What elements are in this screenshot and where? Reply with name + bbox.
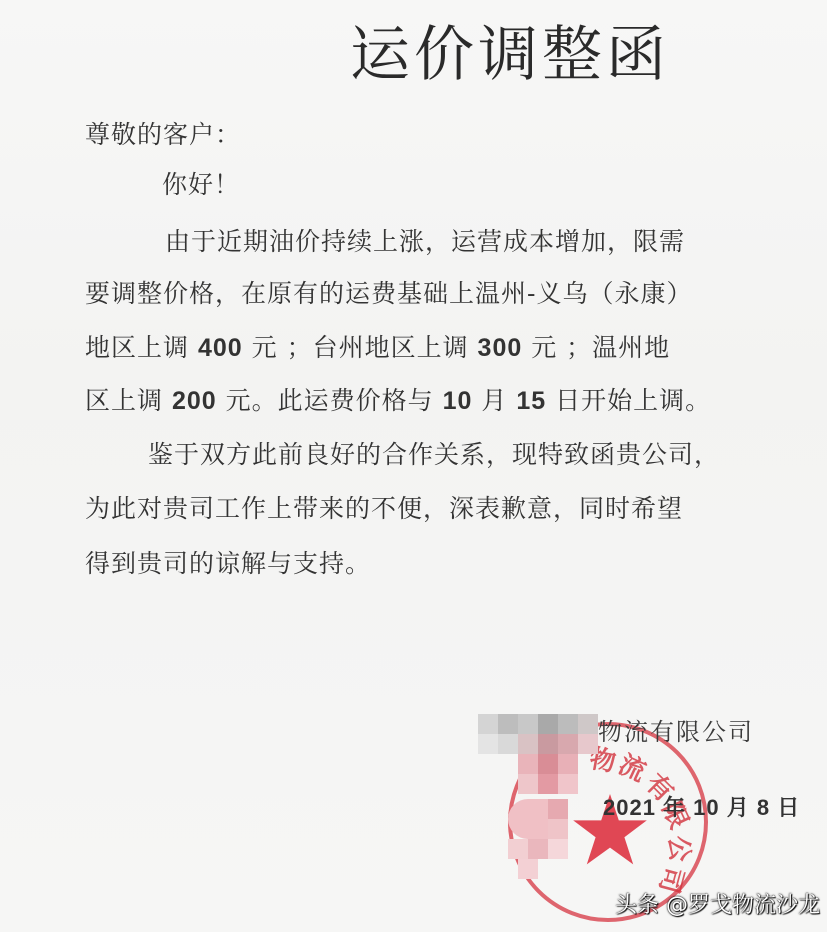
paragraph2-line2: 为此对贵司工作上带来的不便，深表歉意，同时希望 bbox=[85, 494, 683, 524]
salutation: 尊敬的客户： bbox=[85, 120, 241, 150]
text-segment: 日开始上调。 bbox=[555, 386, 711, 415]
text-segment: 区上调 bbox=[85, 386, 163, 415]
letter-date: 2021 年 10 月 8 日 bbox=[603, 791, 800, 822]
paragraph2-line1: 鉴于双方此前良好的合作关系，现特致函贵公司， bbox=[148, 440, 720, 470]
rate-value-taizhou: 300 bbox=[478, 334, 523, 362]
text-segment: 月 bbox=[481, 386, 507, 415]
redaction-mosaic bbox=[478, 714, 598, 884]
rate-value-wenzhou: 200 bbox=[172, 387, 217, 415]
text-segment: 元 ；台州地区上调 bbox=[252, 333, 469, 362]
effective-day: 15 bbox=[516, 387, 546, 415]
text-segment: 元 ；温州地 bbox=[531, 333, 670, 362]
text-segment: 元。此运费价格与 bbox=[226, 386, 434, 415]
paragraph2-line3: 得到贵司的谅解与支持。 bbox=[85, 549, 371, 579]
greeting: 你好！ bbox=[162, 170, 240, 200]
paragraph1-line3: 地区上调 400 元 ；台州地区上调 300 元 ；温州地 bbox=[85, 333, 670, 363]
stamp-char: 公 bbox=[661, 834, 700, 863]
rate-value-yiwu: 400 bbox=[198, 334, 243, 362]
paragraph1-line1: 由于近期油价持续上涨，运营成本增加，限需 bbox=[165, 227, 685, 257]
company-signature: 物流有限公司 bbox=[598, 712, 754, 747]
letter-page: 运价调整函 尊敬的客户： 你好！ 由于近期油价持续上涨，运营成本增加，限需 要调… bbox=[0, 0, 827, 932]
watermark: 头条 @罗戈物流沙龙 bbox=[615, 888, 820, 919]
paragraph1-line4: 区上调 200 元。此运费价格与 10 月 15 日开始上调。 bbox=[85, 386, 711, 416]
text-segment: 地区上调 bbox=[85, 333, 189, 362]
effective-month: 10 bbox=[443, 387, 473, 415]
paragraph1-line2: 要调整价格，在原有的运费基础上温州-义乌（永康） bbox=[85, 279, 692, 309]
document-title: 运价调整函 bbox=[350, 20, 670, 90]
